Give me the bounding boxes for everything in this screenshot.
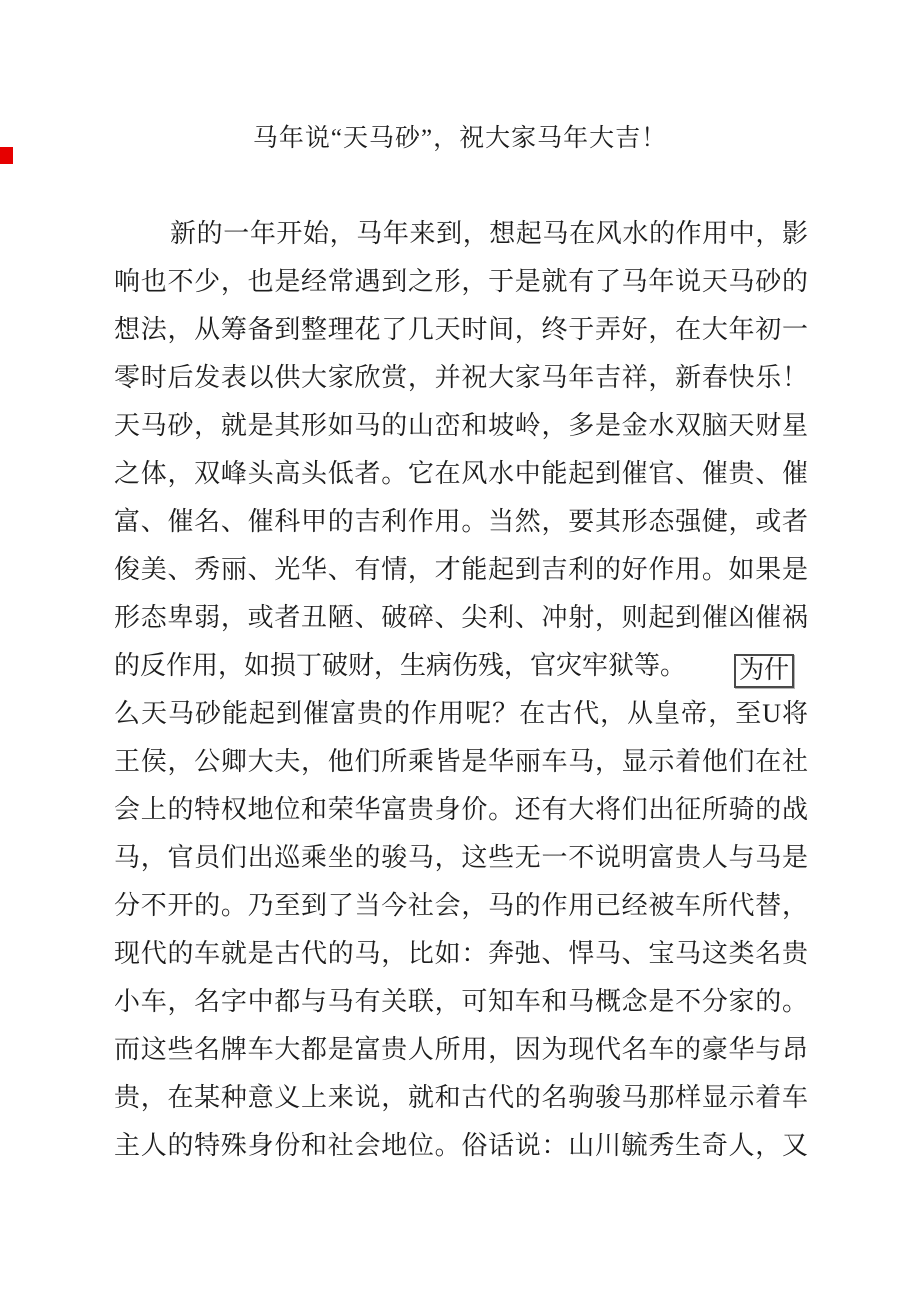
- body-line: 贵，在某种意义上来说，就和古代的名驹骏马那样显示着车: [114, 1076, 808, 1124]
- body-line: 的反作用，如损丁破财，生病伤残，官灾牢狱等。: [114, 644, 808, 692]
- text-annotation-box: 为什: [734, 654, 794, 688]
- page-title: 马年说“天马砂”，祝大家马年大吉！: [0, 118, 920, 154]
- body-line: 么天马砂能起到催富贵的作用呢？在古代，从皇帝，至U将相: [114, 692, 808, 740]
- body-line: 天马砂，就是其形如马的山峦和坡岭，多是金水双脑天财星: [114, 404, 808, 452]
- body-line: 零时后发表以供大家欣赏，并祝大家马年吉祥，新春快乐！: [114, 356, 808, 404]
- body-line: 王侯，公卿大夫，他们所乘皆是华丽车马，显示着他们在社: [114, 740, 808, 788]
- body-line: 会上的特权地位和荣华富贵身价。还有大将们出征所骑的战: [114, 788, 808, 836]
- body-line: 而这些名牌车大都是富贵人所用，因为现代名车的豪华与昂: [114, 1028, 808, 1076]
- body-line: 现代的车就是古代的马，比如：奔弛、悍马、宝马这类名贵: [114, 932, 808, 980]
- body-line: 小车，名字中都与马有关联，可知车和马概念是不分家的。: [114, 980, 808, 1028]
- body-line: 之体，双峰头高头低者。它在风水中能起到催官、催贵、催: [114, 452, 808, 500]
- body-line: 分不开的。乃至到了当今社会，马的作用已经被车所代替，: [114, 884, 808, 932]
- body-line: 新的一年开始，马年来到，想起马在风水的作用中，影: [114, 212, 808, 260]
- body-line: 形态卑弱，或者丑陋、破碎、尖利、冲射，则起到催凶催祸: [114, 596, 808, 644]
- body-line: 俊美、秀丽、光华、有情，才能起到吉利的好作用。如果是: [114, 548, 808, 596]
- body-text: 新的一年开始，马年来到，想起马在风水的作用中，影 响也不少，也是经常遇到之形，于…: [114, 212, 808, 1172]
- body-line: 主人的特殊身份和社会地位。俗话说：山川毓秀生奇人，又: [114, 1124, 808, 1172]
- document-page: 马年说“天马砂”，祝大家马年大吉！ 新的一年开始，马年来到，想起马在风水的作用中…: [0, 0, 920, 1303]
- body-line: 马，官员们出巡乘坐的骏马，这些无一不说明富贵人与马是: [114, 836, 808, 884]
- body-line: 想法，从筹备到整理花了几天时间，终于弄好，在大年初一: [114, 308, 808, 356]
- body-line: 富、催名、催科甲的吉利作用。当然，要其形态强健，或者: [114, 500, 808, 548]
- body-line: 响也不少，也是经常遇到之形，于是就有了马年说天马砂的: [114, 260, 808, 308]
